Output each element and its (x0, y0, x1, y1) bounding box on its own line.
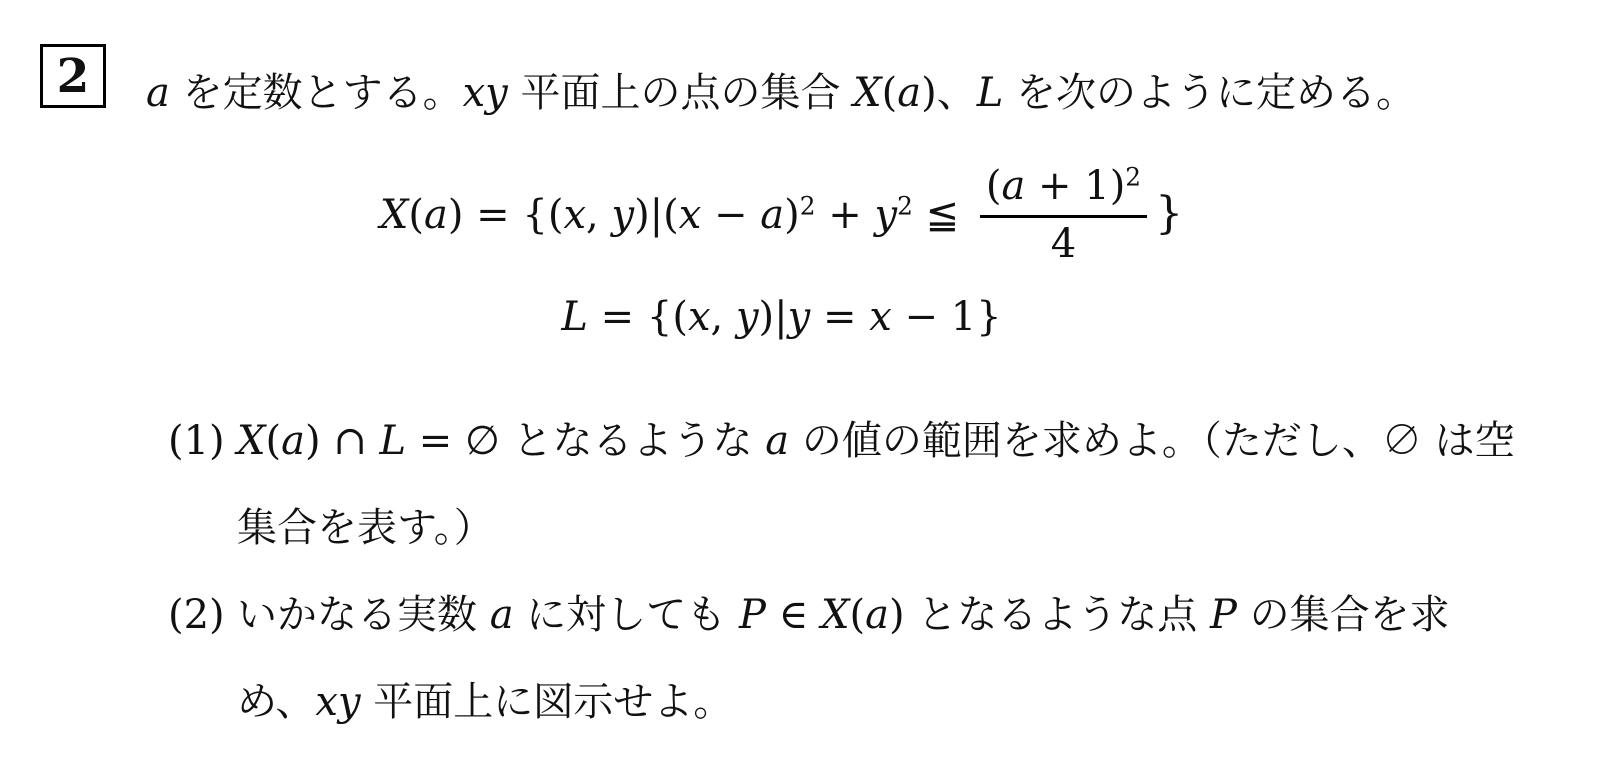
question-2-line-1: (2)いかなる実数 a に対しても P ∈ X(a) となるような点 P の集合… (168, 572, 1515, 659)
question-list: (1)X(a) ∩ L = ∅ となるような a の値の範囲を求めよ。（ただし、… (168, 398, 1515, 746)
question-1-label: (1) (168, 398, 237, 485)
question-1-text: X(a) ∩ L = ∅ となるような a の値の範囲を求めよ。（ただし、∅ は… (237, 418, 1515, 464)
question-1-line-1: (1)X(a) ∩ L = ∅ となるような a の値の範囲を求めよ。（ただし、… (168, 398, 1515, 485)
question-2-line-2: め、xy 平面上に図示せよ。 (168, 659, 1515, 746)
question-1-line-2: 集合を表す。） (168, 485, 1515, 572)
problem-intro-text: a を定数とする。xy 平面上の点の集合 X(a)、L を次のように定める。 (146, 68, 1416, 118)
question-1: (1)X(a) ∩ L = ∅ となるような a の値の範囲を求めよ。（ただし、… (168, 398, 1515, 572)
fraction: (a + 1)24 (980, 163, 1147, 266)
formula-set-definition-X: X(a) = {(x, y)|(x − a)2 + y2 ≦ (a + 1)24… (0, 164, 1621, 270)
formula-set-definition-L: L = {(x, y)|y = x − 1} (0, 292, 1621, 342)
math-problem-sheet: 2 a を定数とする。xy 平面上の点の集合 X(a)、L を次のように定める。… (0, 0, 1621, 783)
question-2-text: いかなる実数 a に対しても P ∈ X(a) となるような点 P の集合を求 (237, 592, 1450, 638)
question-2-label: (2) (168, 572, 237, 659)
problem-number-box: 2 (40, 44, 106, 108)
problem-number: 2 (57, 53, 90, 100)
question-2: (2)いかなる実数 a に対しても P ∈ X(a) となるような点 P の集合… (168, 572, 1515, 746)
